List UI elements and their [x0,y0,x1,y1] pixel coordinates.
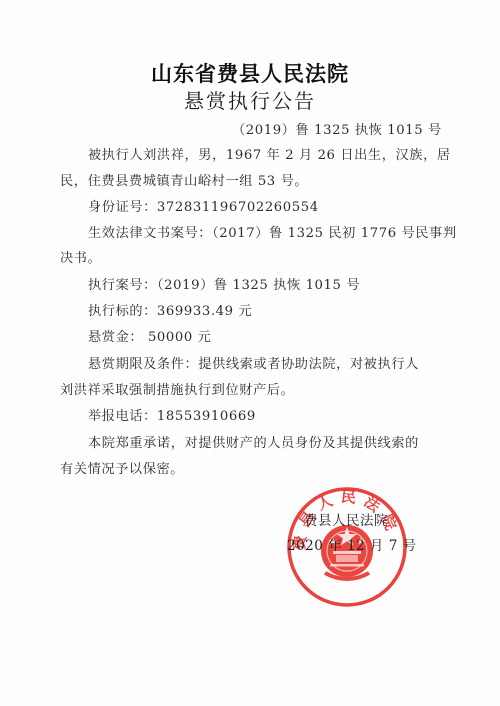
announcement-title: 悬赏执行公告 [0,85,500,114]
signature-date: 2020 年 12 月 7 号 [287,534,417,554]
document-page: 山东省费县人民法院 悬赏执行公告 （2019）鲁 1325 执恢 1015 号 … [0,0,500,706]
case-reference: （2019）鲁 1325 执恢 1015 号 [232,119,442,138]
reward-conditions-line: 悬赏期限及条件：提供线索或者协助法院，对被执行人 [88,353,419,372]
signature-court-name: 费县人民法院 [304,509,388,529]
paragraph-line: 刘洪祥采取强制措施执行到位财产后。 [60,379,294,398]
execution-amount-line: 执行标的：369933.49 元 [88,300,252,319]
execution-case-line: 执行案号：（2019）鲁 1325 执恢 1015 号 [88,274,360,293]
reward-line: 悬赏金： 50000 元 [88,326,211,345]
paragraph-line: 有关情况予以保密。 [60,458,184,477]
phone-line: 举报电话：18553910669 [88,405,256,424]
confidentiality-line: 本院郑重承诺，对提供财产的人员身份及其提供线索的 [88,432,419,451]
paragraph-line: 民，住费县费城镇青山峪村一组 53 号。 [60,170,308,189]
judgment-case-line: 生效法律文书案号：（2017）鲁 1325 民初 1776 号民事判 [88,222,457,241]
paragraph-line: 决书。 [60,247,101,266]
paragraph-line: 被执行人刘洪祥，男，1967 年 2 月 26 日出生，汉族，居 [88,144,451,163]
court-name-heading: 山东省费县人民法院 [0,58,500,88]
id-number-line: 身份证号：372831196702260554 [88,196,319,215]
